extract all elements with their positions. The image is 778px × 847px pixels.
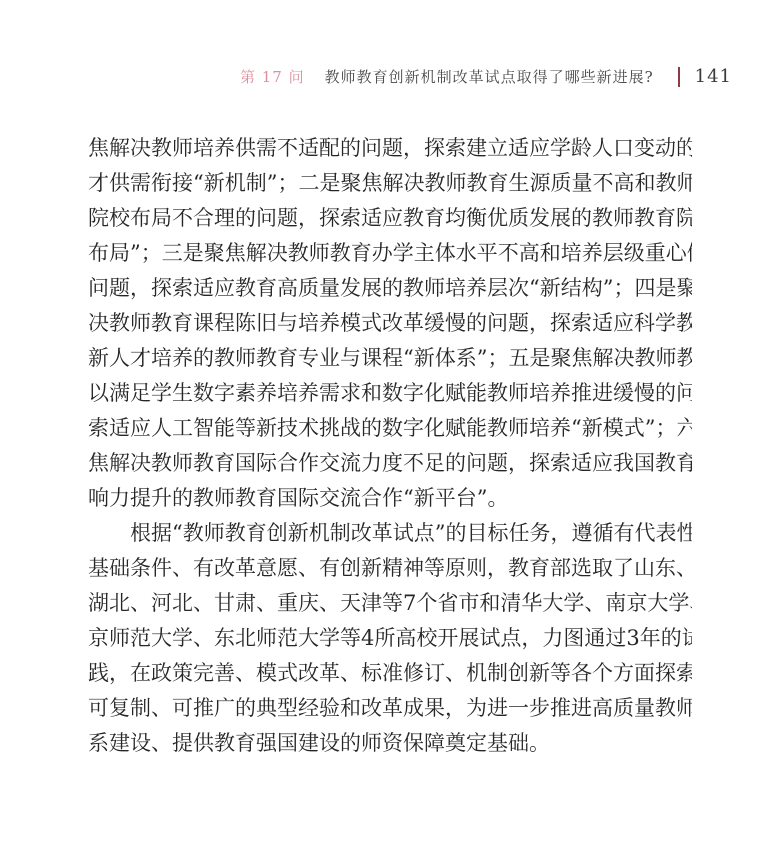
body-text: 焦解决教师培养供需不适配的问题，探索建立适应学龄人口变动的教师人才供需衔接“新机…: [88, 131, 692, 761]
body-text-line: 新人才培养的教师教育专业与课程“新体系”；五是聚焦解决教师教育难: [88, 341, 692, 376]
body-text-line: 焦解决教师培养供需不适配的问题，探索建立适应学龄人口变动的教师人: [88, 131, 692, 166]
running-header: 第 17 问 教师教育创新机制改革试点取得了哪些新进展? 141: [0, 66, 732, 87]
book-page: 第 17 问 教师教育创新机制改革试点取得了哪些新进展? 141 焦解决教师培养…: [0, 0, 778, 847]
body-text-line: 院校布局不合理的问题，探索适应教育均衡优质发展的教师教育院校“新: [88, 201, 692, 236]
paragraph-2: 根据“教师教育创新机制改革试点”的目标任务，遵循有代表性、有基础条件、有改革意愿…: [88, 516, 692, 761]
body-text-line: 京师范大学、东北师范大学等4所高校开展试点，力图通过3年的试点实: [88, 621, 692, 656]
body-text-line: 决教师教育课程陈旧与培养模式改革缓慢的问题，探索适应科学教育和创: [88, 306, 692, 341]
body-text-line: 才供需衔接“新机制”；二是聚焦解决教师教育生源质量不高和教师教育: [88, 166, 692, 201]
header-divider: [678, 67, 680, 87]
body-text-line: 根据“教师教育创新机制改革试点”的目标任务，遵循有代表性、有: [88, 516, 692, 551]
body-text-line: 问题，探索适应教育高质量发展的教师培养层次“新结构”；四是聚焦解: [88, 271, 692, 306]
body-text-line: 湖北、河北、甘肃、重庆、天津等7个省市和清华大学、南京大学、北: [88, 586, 692, 621]
body-text-line: 布局”；三是聚焦解决教师教育办学主体水平不高和培养层级重心偏低的: [88, 236, 692, 271]
page-number: 141: [695, 66, 732, 87]
body-text-line: 系建设、提供教育强国建设的师资保障奠定基础。: [88, 726, 692, 761]
body-text-line: 基础条件、有改革意愿、有创新精神等原则，教育部选取了山东、广东、: [88, 551, 692, 586]
body-text-line: 索适应人工智能等新技术挑战的数字化赋能教师培养“新模式”；六是聚: [88, 411, 692, 446]
body-text-line: 响力提升的教师教育国际交流合作“新平台”。: [88, 481, 692, 516]
body-text-line: 焦解决教师教育国际合作交流力度不足的问题，探索适应我国教育国际影: [88, 446, 692, 481]
body-text-line: 践，在政策完善、模式改革、标准修订、机制创新等各个方面探索凝练出: [88, 656, 692, 691]
body-text-line: 以满足学生数字素养培养需求和数字化赋能教师培养推进缓慢的问题，探: [88, 376, 692, 411]
question-number-label: 第 17 问: [240, 66, 305, 87]
body-text-line: 可复制、可推广的典型经验和改革成果，为进一步推进高质量教师教育体: [88, 691, 692, 726]
chapter-title: 教师教育创新机制改革试点取得了哪些新进展?: [325, 66, 654, 87]
paragraph-1: 焦解决教师培养供需不适配的问题，探索建立适应学龄人口变动的教师人才供需衔接“新机…: [88, 131, 692, 516]
